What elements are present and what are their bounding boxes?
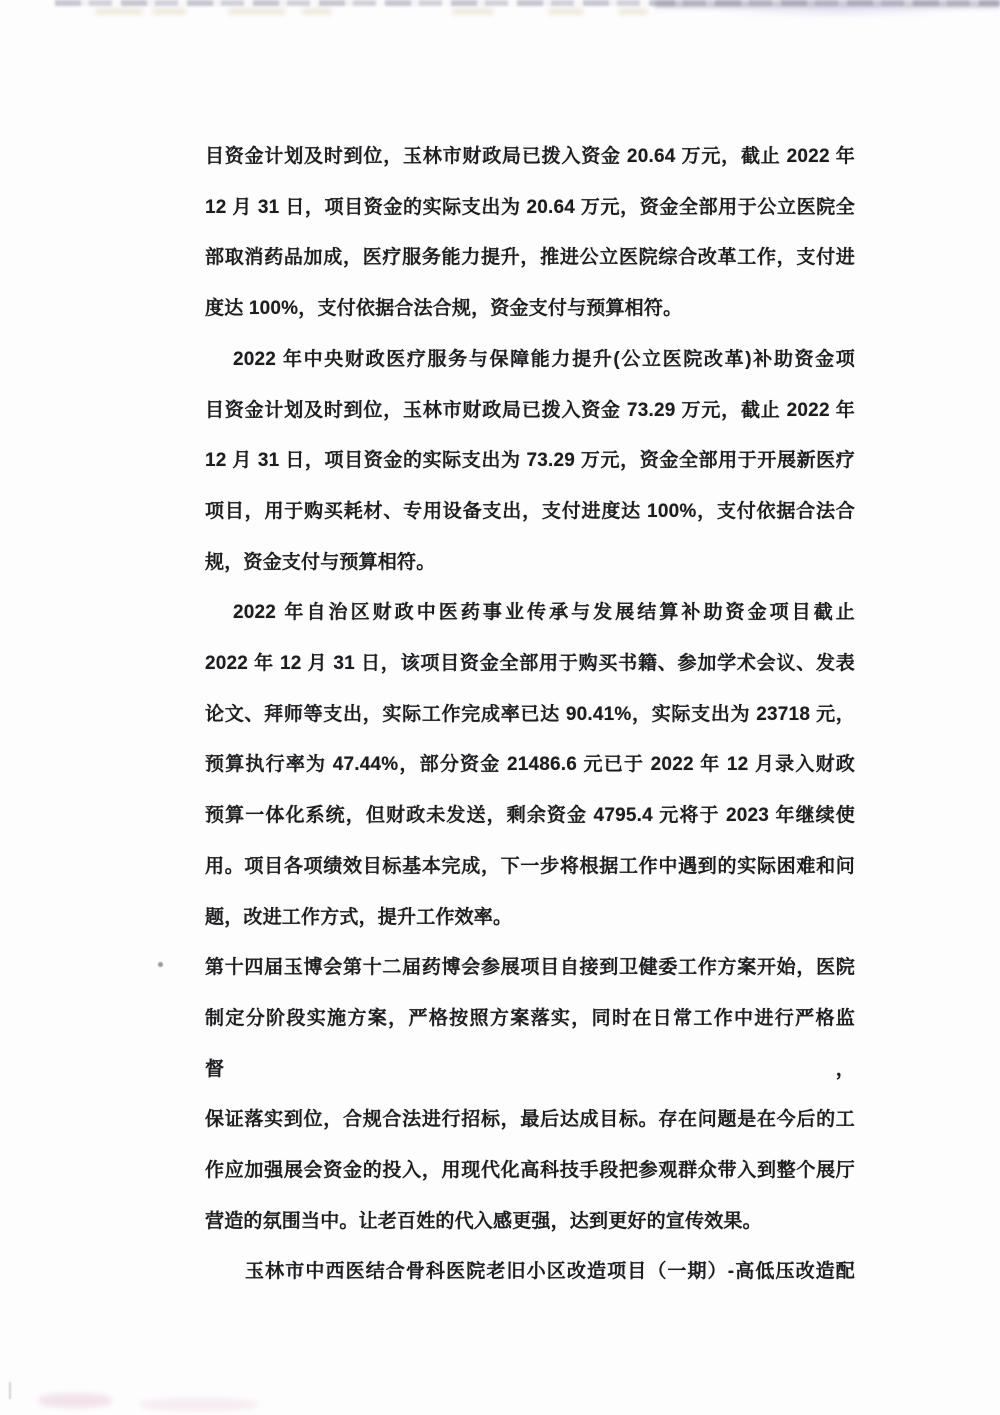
scan-artifact-smudge bbox=[152, 8, 186, 15]
scan-artifact-smudge bbox=[452, 8, 494, 15]
scan-artifact-top-streak bbox=[55, 0, 1000, 6]
scan-artifact-dot bbox=[158, 962, 163, 967]
text-line: 2022 年 12 月 31 日，该项目资金全部用于购买书籍、参加学术会议、发表 bbox=[205, 639, 855, 690]
text-line: 部取消药品加成，医疗服务能力提升，推进公立医院综合改革工作，支付进 bbox=[205, 233, 855, 284]
document-text: 目资金计划及时到位，玉林市财政局已拨入资金 20.64 万元，截止 2022 年… bbox=[205, 132, 855, 1298]
text-line: 2022 年中央财政医疗服务与保障能力提升(公立医院改革)补助资金项 bbox=[205, 335, 855, 386]
text-line: 论文、拜师等支出，实际工作完成率已达 90.41%，实际支出为 23718 元， bbox=[205, 690, 855, 741]
text-line: 第十四届玉博会第十二届药博会参展项目自接到卫健委工作方案开始，医院 bbox=[205, 943, 855, 994]
text-line: 玉林市中西医结合骨科医院老旧小区改造项目（一期）-高低压改造配 bbox=[205, 1247, 855, 1298]
text-line: 制定分阶段实施方案，严格按照方案落实，同时在日常工作中进行严格监督， bbox=[205, 994, 855, 1095]
scan-artifact-lavender-wash bbox=[700, 2, 970, 18]
scan-artifact-bottom-smudge bbox=[38, 1393, 112, 1408]
scan-artifact-bottom-smudge bbox=[140, 1398, 258, 1411]
text-line: 规，资金支付与预算相符。 bbox=[205, 538, 855, 589]
text-line: 题，改进工作方式，提升工作效率。 bbox=[205, 893, 855, 944]
text-line: 用。项目各项绩效目标基本完成，下一步将根据工作中遇到的实际困难和问 bbox=[205, 842, 855, 893]
text-line: 目资金计划及时到位，玉林市财政局已拨入资金 20.64 万元，截止 2022 年 bbox=[205, 132, 855, 183]
text-line: 度达 100%，支付依据合法合规，资金支付与预算相符。 bbox=[205, 284, 855, 335]
scan-artifact-smudge bbox=[302, 8, 332, 15]
text-line: 2022 年自治区财政中医药事业传承与发展结算补助资金项目截止 bbox=[205, 588, 855, 639]
text-line: 目资金计划及时到位，玉林市财政局已拨入资金 73.29 万元，截止 2022 年 bbox=[205, 386, 855, 437]
scan-artifact-smudge bbox=[228, 8, 286, 15]
text-line: 作应加强展会资金的投入，用现代化高科技手段把参观群众带入到整个展厅 bbox=[205, 1146, 855, 1197]
scan-artifact-top-streak-right bbox=[655, 0, 1000, 8]
scan-artifact-smudge bbox=[548, 8, 584, 15]
scan-artifact-bottom-tick bbox=[9, 1382, 11, 1399]
scanned-document-page: 目资金计划及时到位，玉林市财政局已拨入资金 20.64 万元，截止 2022 年… bbox=[0, 0, 1000, 1415]
text-line: 项目，用于购买耗材、专用设备支出，支付进度达 100%，支付依据合法合 bbox=[205, 487, 855, 538]
scan-artifact-smudge bbox=[618, 8, 648, 15]
text-line: 12 月 31 日，项目资金的实际支出为 20.64 万元，资金全部用于公立医院… bbox=[205, 183, 855, 234]
text-line: 营造的氛围当中。让老百姓的代入感更强，达到更好的宣传效果。 bbox=[205, 1197, 855, 1248]
text-line: 12 月 31 日，项目资金的实际支出为 73.29 万元，资金全部用于开展新医… bbox=[205, 436, 855, 487]
scan-artifact-smudge bbox=[95, 8, 143, 15]
text-line: 预算执行率为 47.44%，部分资金 21486.6 元已于 2022 年 12… bbox=[205, 740, 855, 791]
text-line: 保证落实到位，合规合法进行招标，最后达成目标。存在问题是在今后的工 bbox=[205, 1095, 855, 1146]
text-line: 预算一体化系统，但财政未发送，剩余资金 4795.4 元将于 2023 年继续使 bbox=[205, 791, 855, 842]
